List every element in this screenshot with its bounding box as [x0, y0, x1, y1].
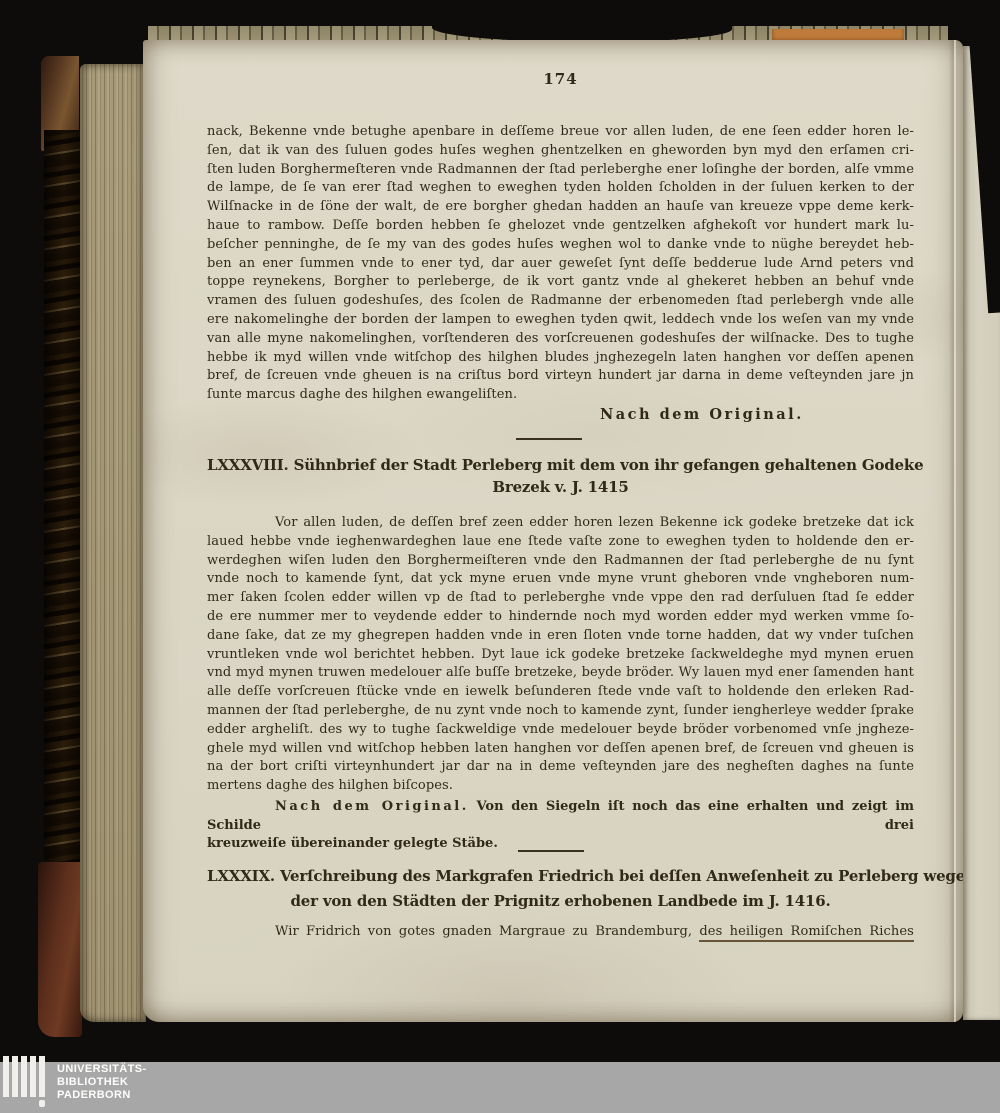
section-heading-lxxxviii: LXXXVIII. Sühnbrief der Stadt Perleberg …: [207, 454, 914, 498]
text-line: van alle myne nakomelinghen, vorſtendere…: [207, 330, 914, 349]
text-line: ſten luden Borghermeſteren vnde Radmanne…: [207, 161, 914, 180]
source-note: Nach dem Original.: [207, 406, 914, 423]
underlined-text: des heiligen Romiſchen Riches: [699, 924, 914, 942]
source-note-line: Nach dem Original. Von den Siegeln iſt n…: [207, 798, 914, 835]
text-line: de ere nummer mer to veydende edder to h…: [207, 608, 914, 627]
text-line: edder argheliſt. des wy to tughe ſackwel…: [207, 721, 914, 740]
section-divider-rule: [516, 438, 582, 440]
text-line: toppe reynekens, Borgher to perleberge, …: [207, 273, 914, 292]
library-name-line: BIBLIOTHEK: [57, 1076, 147, 1089]
library-name-line: UNIVERSITÄTS-: [57, 1063, 147, 1076]
text-line: Vor allen luden, de deſſen bref zeen edd…: [207, 514, 914, 533]
page-edges-left: [80, 64, 146, 1022]
page-number: 174: [207, 70, 914, 88]
heading-line: der von den Städten der Prignitz erhoben…: [207, 889, 914, 914]
text-line: mannen der ſtad perleberghe, de nu zynt …: [207, 702, 914, 721]
book-page: 174 nack, Bekenne vnde betughe apenbare …: [143, 40, 963, 1022]
text-line: mer ſaken ſcolen edder willen vp de ſtad…: [207, 589, 914, 608]
heading-line: LXXXVIII. Sühnbrief der Stadt Perleberg …: [207, 454, 914, 476]
section-divider-rule: [518, 850, 584, 852]
library-watermark-band: [0, 1062, 1000, 1113]
library-name: UNIVERSITÄTS- BIBLIOTHEK PADERBORN: [57, 1063, 147, 1103]
text-line: ſunte marcus daghe des hilghen ewangeliſ…: [207, 386, 914, 405]
text-line: vramen des ſuluen godeshuſes, des ſcolen…: [207, 292, 914, 311]
logo-bar: [12, 1056, 18, 1097]
text-line: ben an ener ſummen vnde to ener tyd, dar…: [207, 255, 914, 274]
text-line: ghele myd willen vnd witſchop hebben lat…: [207, 740, 914, 759]
text-line: beſcher penninghe, de ſe my van des gode…: [207, 236, 914, 255]
text-line: werdeghen wiſen luden den Borghermeiſter…: [207, 552, 914, 571]
text-line: haue to rambow. Deſſe borden hebben ſe g…: [207, 217, 914, 236]
section-heading-lxxxix: LXXXIX. Verſchreibung des Markgrafen Fri…: [207, 864, 914, 914]
body-text: Wir Fridrich von gotes gnaden Margraue z…: [275, 924, 699, 939]
body-paragraph-lxxxviii: Vor allen luden, de deſſen bref zeen edd…: [207, 514, 914, 796]
text-line: ere nakomelinghe der borden der lampen t…: [207, 311, 914, 330]
ub-paderborn-logo: [3, 1056, 47, 1108]
book-cover-marbled-edge: [44, 130, 80, 875]
source-note-text: Nach dem Original.: [600, 406, 804, 423]
text-line: bref, de ſcreuen vnde gheuen is na criſt…: [207, 367, 914, 386]
source-note-text: Nach dem Original.: [275, 799, 469, 814]
text-line: mertens daghe des hilghen biſcopes.: [207, 777, 914, 796]
logo-bar: [21, 1056, 27, 1097]
source-note-lxxxviii: Nach dem Original. Von den Siegeln iſt n…: [207, 798, 914, 854]
logo-exclamation-dot: [39, 1100, 45, 1107]
text-line: ſen, dat ik van des ſuluen godes huſes w…: [207, 142, 914, 161]
text-line: nack, Bekenne vnde betughe apenbare in d…: [207, 123, 914, 142]
text-line: vnde noch to kamende ſynt, dat yck myne …: [207, 570, 914, 589]
text-line: vnd myd mynen truwen medelouer alſe buſſ…: [207, 664, 914, 683]
logo-bar: [3, 1056, 9, 1097]
heading-line: Brezek v. J. 1415: [207, 476, 914, 498]
text-line: alle deſſe vorſcreuen ſtücke vnde en iew…: [207, 683, 914, 702]
page-text-block: 174 nack, Bekenne vnde betughe apenbare …: [207, 40, 914, 1022]
scanned-book-photo: 174 nack, Bekenne vnde betughe apenbare …: [0, 0, 1000, 1113]
text-line: na der bort criſti virteynhundert jar da…: [207, 758, 914, 777]
body-paragraph-continued: nack, Bekenne vnde betughe apenbare in d…: [207, 123, 914, 405]
text-line: de lampe, de ſe van erer ſtad weghen to …: [207, 179, 914, 198]
logo-bar: [30, 1056, 36, 1097]
text-line: vruntleken vnde wol berichtet hebben. Dy…: [207, 646, 914, 665]
body-line-lxxxix: Wir Fridrich von gotes gnaden Margraue z…: [207, 924, 914, 939]
text-line: hebbe ik myd willen vnde witſchop des hi…: [207, 349, 914, 368]
text-line: laued hebbe vnde ieghenwardeghen laue en…: [207, 533, 914, 552]
text-line: dane ſake, dat ze my ghegrepen hadden vn…: [207, 627, 914, 646]
library-name-line: PADERBORN: [57, 1089, 147, 1102]
text-line: Wilſnacke in de ſöne der walt, de ere bo…: [207, 198, 914, 217]
book-cover-leather-bottom: [38, 862, 82, 1037]
heading-line: LXXXIX. Verſchreibung des Markgrafen Fri…: [207, 864, 914, 889]
logo-bar: [39, 1056, 45, 1097]
